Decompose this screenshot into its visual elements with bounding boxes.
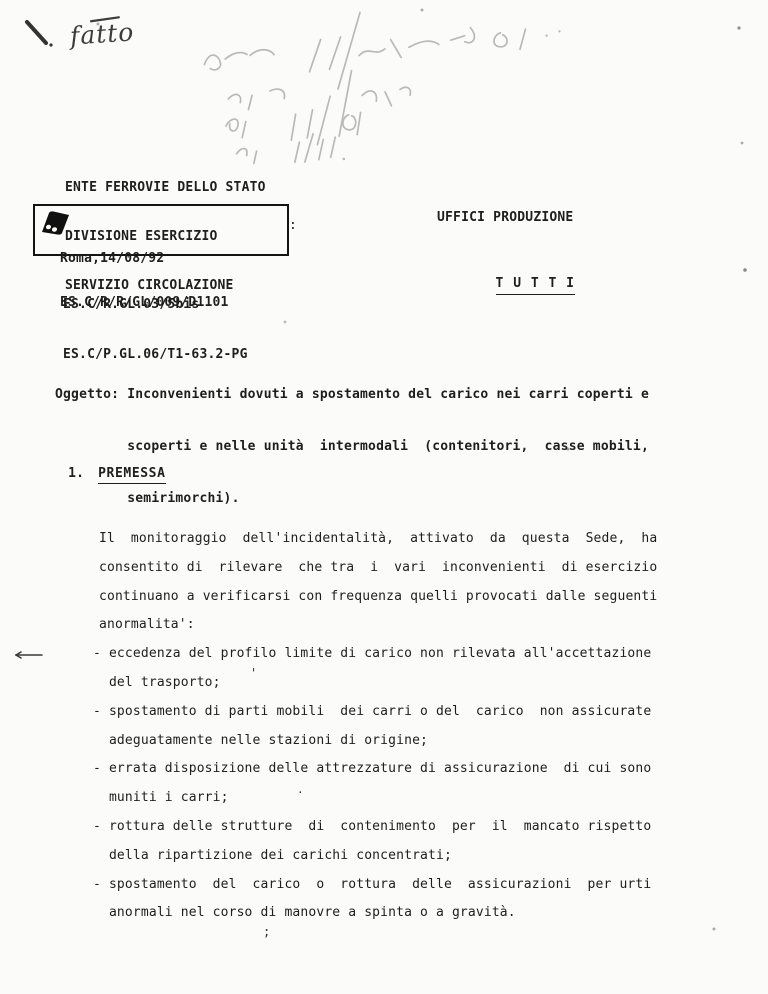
body-line: Il monitoraggio dell'incidentalità, atti… (99, 525, 655, 554)
bullet-line: - rottura delle strutture di conteniment… (93, 813, 655, 842)
bullet-line: adeguatamente nelle stazioni di origine; (93, 727, 655, 756)
bullet-line: - spostamento di parti mobili dei carri … (93, 698, 655, 727)
fatto-handwriting: fatto (67, 16, 135, 51)
body-line: continuano a verificarsi con frequenza q… (99, 583, 655, 612)
subject-block: Oggetto: Inconvenienti dovuti a spostame… (55, 352, 649, 524)
section-title: PREMESSA (98, 466, 165, 484)
stray-dot-mark: · (297, 786, 304, 799)
stray-apostrophe-mark: ' (250, 666, 257, 680)
bullet-line: del trasporto; (93, 669, 655, 698)
recipient-office: UFFICI PRODUZIONE (437, 210, 575, 226)
body-line: anormalita': (99, 611, 655, 640)
svg-text:fatto: fatto (67, 17, 135, 51)
bullet-line: muniti i carri; (93, 784, 655, 813)
body-line: consentito di rilevare che tra i vari in… (99, 554, 655, 583)
bullet-line: - errata disposizione delle attrezzature… (93, 755, 655, 784)
section-heading: 1.PREMESSA (52, 451, 166, 481)
subject-line: semirimorchi). (55, 490, 649, 507)
bullet-line: anormali nel corso di manovre a spinta o… (93, 899, 655, 928)
scan-speckles (0, 0, 2, 2)
subject-line: Oggetto: Inconvenienti dovuti a spostame… (55, 386, 649, 403)
reference-line: ES.C/R.GL.03/5bis (63, 297, 248, 314)
margin-arrow-icon (10, 645, 50, 665)
body-text: Il monitoraggio dell'incidentalità, atti… (93, 525, 655, 928)
recipient-block: UFFICI PRODUZIONE T U T T I (437, 177, 575, 328)
section-number: 1. (68, 466, 84, 481)
stray-semicolon-mark: ; (263, 925, 270, 939)
stamp-colon-mark: : (289, 218, 297, 233)
bullet-line: - eccedenza del profilo limite di carico… (93, 640, 655, 669)
org-name: ENTE FERROVIE DELLO STATO (65, 180, 266, 196)
recipient-all: T U T T I (496, 276, 575, 294)
premessa-paragraph: Il monitoraggio dell'incidentalità, atti… (99, 525, 655, 640)
protocol-stamp-box: Roma,14/08/92 ES.C/R/R/GL/009/D1101 (33, 204, 289, 256)
pencil-scribbles (203, 7, 564, 164)
bullet-line: della ripartizione dei carichi concentra… (93, 842, 655, 871)
bullet-line: - spostamento del carico o rottura delle… (93, 871, 655, 900)
check-mark-icon (27, 22, 53, 47)
